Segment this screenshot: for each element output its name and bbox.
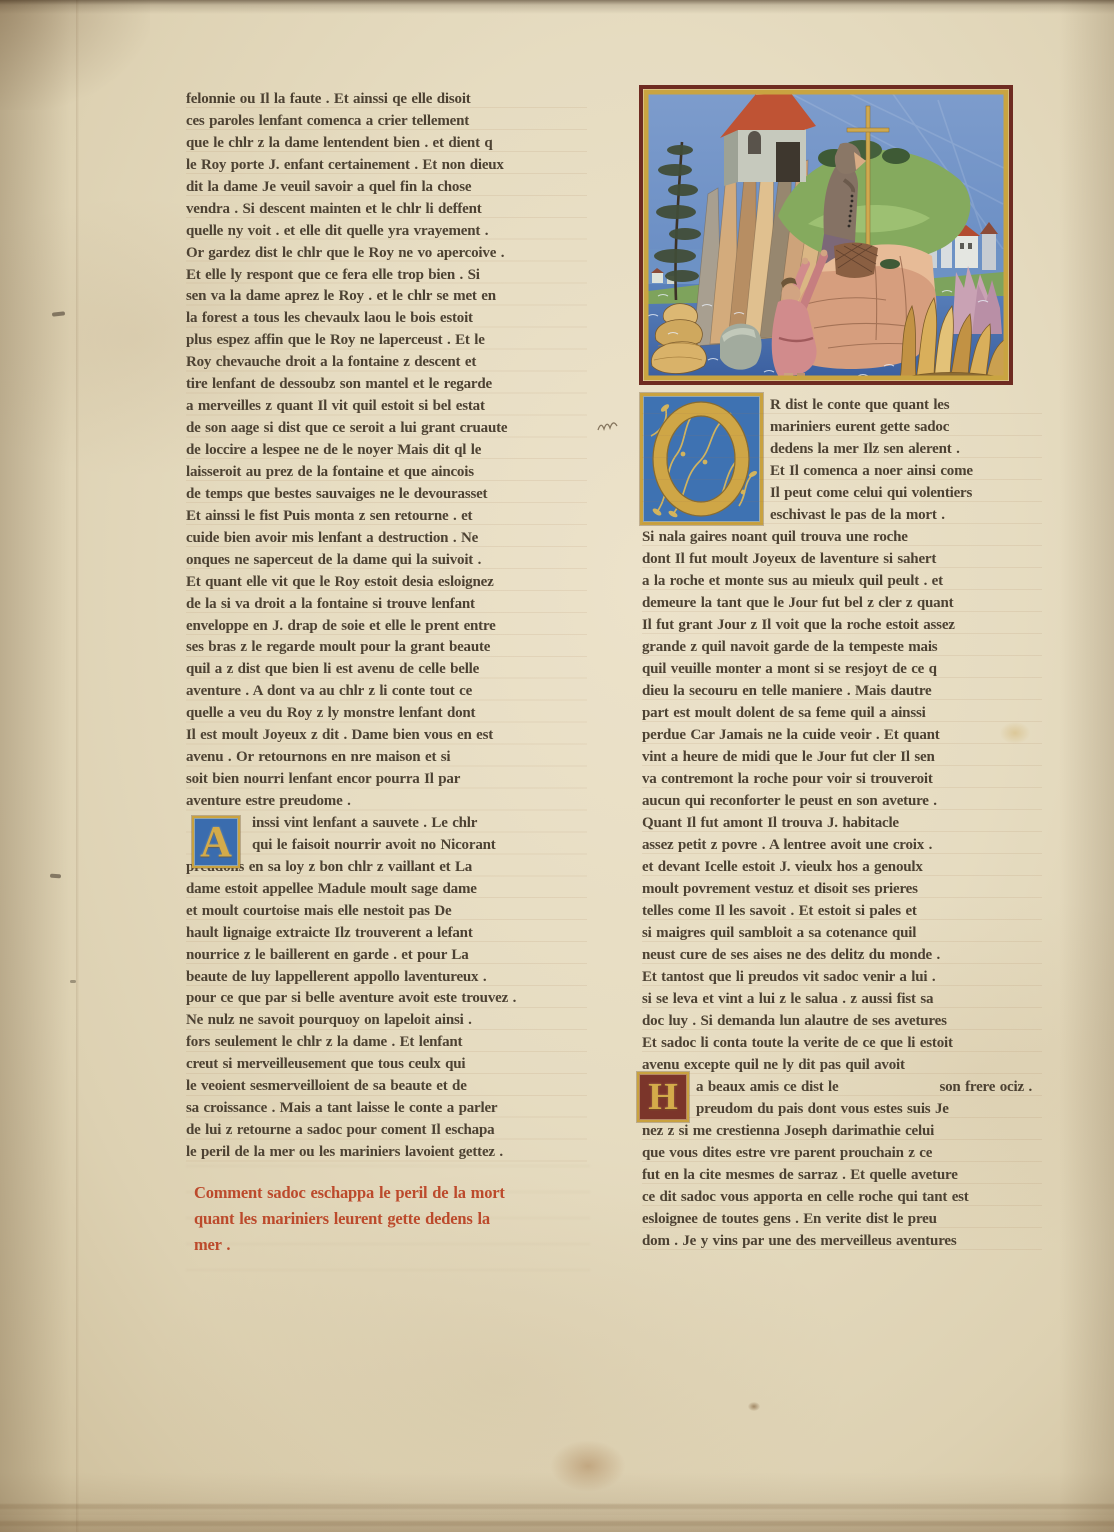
manuscript-text-line: R dist le conte que quant les (642, 397, 1042, 419)
manuscript-text-line: Ne nulz ne savoit pourquoy on lapeloit a… (186, 1012, 587, 1034)
manuscript-text-line: pour ce que par si belle aventure avoit … (186, 990, 587, 1012)
edge-mark (50, 874, 61, 879)
manuscript-text-line: a la roche et monte sus au mieulx quil p… (642, 573, 1042, 595)
margin-pen-squiggle-icon (596, 418, 620, 434)
manuscript-text-line: enveloppe en J. drap de soie et elle le … (186, 618, 587, 640)
manuscript-text-line: va contremont la roche pour voir si trou… (642, 771, 1042, 793)
manuscript-text-line: dame estoit appellee Madule moult sage d… (186, 881, 587, 903)
manuscript-text-line: dont Il fut moult Joyeux de laventure si… (642, 551, 1042, 573)
manuscript-text-line: de son aage si dist que ce seroit a lui … (186, 420, 587, 442)
manuscript-text-line: le peril de la mer ou les mariniers lavo… (186, 1144, 587, 1166)
manuscript-text-line: creut si merveilleusement que tous ceulx… (186, 1056, 587, 1078)
stain (550, 1440, 626, 1492)
manuscript-text-line: qui le faisoit nourrir avoit no Nicorant (186, 837, 587, 859)
rubric-line: Comment sadoc eschappa le peril de la mo… (194, 1183, 595, 1209)
manuscript-text-line: onques ne saperceut de la dame qui la su… (186, 552, 587, 574)
manuscript-text-line: perdue Car Jamais ne la cuide veoir . Et… (642, 727, 1042, 749)
manuscript-text-line: quelle a veu du Roy z ly monstre lenfant… (186, 705, 587, 727)
manuscript-text-line: quelle ny voit . et elle dit quelle yra … (186, 223, 587, 245)
manuscript-text-line: part est moult dolent de sa feme quil a … (642, 705, 1042, 727)
manuscript-text-line: aventure estre preudome . (186, 793, 587, 815)
manuscript-text-line: aventure . A dont va au chlr z li conte … (186, 683, 587, 705)
manuscript-text-line: et moult courtoise mais elle nestoit pas… (186, 903, 587, 925)
left-text-column: felonnie ou Il la faute . Et ainssi qe e… (186, 91, 587, 1166)
manuscript-text-line: hault lignaige extraicte Ilz trouverent … (186, 925, 587, 947)
manuscript-text-line: preudom du pais dont vous estes suis Je (642, 1101, 1042, 1123)
manuscript-text-line: vendra . Si descent mainten et le chlr l… (186, 201, 587, 223)
manuscript-text-line: doc luy . Si demanda lun alautre de ses … (642, 1013, 1042, 1035)
manuscript-text-line: vint a heure de midi que le Jour fut cle… (642, 749, 1042, 771)
manuscript-text-line: dit la dame Je veuil savoir a quel fin l… (186, 179, 587, 201)
grey-boulder (720, 324, 762, 370)
manuscript-text-line: sen va la dame aprez le Roy . et le chlr… (186, 288, 587, 310)
manuscript-text-line: Roy chevauche droit a la fontaine z desc… (186, 354, 587, 376)
manuscript-text-line: Il est moult Joyeux z dit . Dame bien vo… (186, 727, 587, 749)
manuscript-text-line: Il fut grant Jour z Il voit que la roche… (642, 617, 1042, 639)
manuscript-text-line: le Roy porte J. enfant certainement . Et… (186, 157, 587, 179)
manuscript-text-line: ce dit sadoc vous apporta en celle roche… (642, 1189, 1042, 1211)
manuscript-text-line: Si nala gaires noant quil trouva une roc… (642, 529, 1042, 551)
manuscript-text-line: si se leva et vint a lui z le salua . z … (642, 991, 1042, 1013)
rubric-line: quant les mariniers leurent gette dedens… (194, 1209, 595, 1235)
manuscript-text-line: si maigres quil sambloit a sa cotenance … (642, 925, 1042, 947)
manuscript-text-line: felonnie ou Il la faute . Et ainssi qe e… (186, 91, 587, 113)
miniature-painting (638, 84, 1014, 386)
manuscript-text-line: esloignee de toutes gens . En verite dis… (642, 1211, 1042, 1233)
edge-mark (52, 311, 65, 316)
manuscript-text-line: soit bien nourri lenfant encor pourra Il… (186, 771, 587, 793)
manuscript-text-line: Or gardez dist le chlr que le Roy ne vo … (186, 245, 587, 267)
bottom-page-curvature (0, 1498, 1114, 1532)
manuscript-text-line: mariniers eurent gette sadoc (642, 419, 1042, 441)
manuscript-text-line: fors seulement le chlr z la dame . Et le… (186, 1034, 587, 1056)
manuscript-text-line: tire lenfant de dessoubz son mantel et l… (186, 376, 587, 398)
manuscript-text-line: Et tantost que li preudos vit sadoc veni… (642, 969, 1042, 991)
manuscript-text-line: Quant Il fut amont Il trouva J. habitacl… (642, 815, 1042, 837)
manuscript-text-line: que vous dites estre vre parent prouchai… (642, 1145, 1042, 1167)
right-text-column: R dist le conte que quant lesmariniers e… (642, 397, 1042, 1255)
manuscript-text-line: a beaux amis ce dist leson frere ociz . (642, 1079, 1042, 1101)
manuscript-text-line: que le chlr z la dame lentendent bien . … (186, 135, 587, 157)
manuscript-text-line: dom . Je y vins par une des merveilleus … (642, 1233, 1042, 1255)
manuscript-text-line: telles come Il les savoit . Et estoit si… (642, 903, 1042, 925)
manuscript-text-line: grande z quil navoit garde de la tempest… (642, 639, 1042, 661)
manuscript-text-line: dedens la mer Ilz sen alerent . (642, 441, 1042, 463)
manuscript-text-line: quil a z dist que bien li est avenu de c… (186, 661, 587, 683)
manuscript-text-line: ses bras z le regarde moult pour la gran… (186, 639, 587, 661)
manuscript-text-line: demeure la tant que le Jour fut bel z cl… (642, 595, 1042, 617)
manuscript-text-line: Et elle ly respont que ce fera elle trop… (186, 267, 587, 289)
manuscript-text-line: Et ainssi le fist Puis monta z sen retou… (186, 508, 587, 530)
manuscript-text-line: ces paroles lenfant comenca a crier tell… (186, 113, 587, 135)
stain (748, 1402, 760, 1411)
edge-mark (70, 980, 76, 983)
manuscript-text-line: laisseroit au prez de la fontaine et que… (186, 464, 587, 486)
fold-crease (76, 0, 79, 1532)
manuscript-text-line: de lui z retourne a sadoc pour coment Il… (186, 1122, 587, 1144)
manuscript-text-line: sa croissance . Mais a tant laisse le co… (186, 1100, 587, 1122)
manuscript-text-line: preudons en sa loy z bon chlr z vaillant… (186, 859, 587, 881)
initial-letter-glyph: A (200, 820, 232, 864)
manuscript-page: felonnie ou Il la faute . Et ainssi qe e… (0, 0, 1114, 1532)
manuscript-text-line: le veoient sesmerveilloient de sa beaute… (186, 1078, 587, 1100)
manuscript-text-line: de temps que bestes sauvaiges ne le devo… (186, 486, 587, 508)
manuscript-text-line: plus espez affin que le Roy ne laperceus… (186, 332, 587, 354)
rubric-chapter-heading: Comment sadoc eschappa le peril de la mo… (194, 1183, 595, 1261)
manuscript-text-line: moult povrement vestuz et disoit ses pri… (642, 881, 1042, 903)
manuscript-text-line: beaute de luy lappellerent appollo laven… (186, 969, 587, 991)
manuscript-text-line: avenu excepte quil ne ly dit pas quil av… (642, 1057, 1042, 1079)
manuscript-text-line: neust cure de ses aises ne des delitz du… (642, 947, 1042, 969)
manuscript-text-line: Et sadoc li conta toute la verite de ce … (642, 1035, 1042, 1057)
manuscript-text-line: nez z si me crestienna Joseph darimathie… (642, 1123, 1042, 1145)
manuscript-text-line: aucun qui reconforter le peust en son av… (642, 793, 1042, 815)
illuminated-initial-h: H (637, 1072, 689, 1122)
manuscript-text-line: eschivast le pas de la mort . (642, 507, 1042, 529)
corner-stain (0, 0, 150, 110)
manuscript-text-line: de loccire a lespee ne de le noyer Mais … (186, 442, 587, 464)
green-tuft (880, 259, 900, 269)
manuscript-text-line: a merveilles z quant Il vit quil estoit … (186, 398, 587, 420)
manuscript-text-line: la forest a tous les chevaulx laou le bo… (186, 310, 587, 332)
manuscript-text-line: fut en la cite mesmes de sarraz . Et que… (642, 1167, 1042, 1189)
manuscript-text-line: Et Il comenca a noer ainsi come (642, 463, 1042, 485)
rubric-line: mer . (194, 1235, 595, 1261)
manuscript-text-line: Et quant elle vit que le Roy estoit desi… (186, 574, 587, 596)
initial-letter-glyph: H (648, 1078, 678, 1116)
net-patch (834, 242, 878, 278)
manuscript-text-line: avenu . Or retournons en nre maison et s… (186, 749, 587, 771)
illuminated-initial-a: A (192, 816, 240, 868)
manuscript-text-line: nourrice z le baillerent en garde . et p… (186, 947, 587, 969)
manuscript-text-line: cuide bien avoir mis lenfant a destructi… (186, 530, 587, 552)
manuscript-text-line: quil veuille monter a mont si se resjoyt… (642, 661, 1042, 683)
manuscript-text-line: inssi vint lenfant a sauvete . Le chlr (186, 815, 587, 837)
manuscript-text-line: assez petit z povre . A lentree avoit un… (642, 837, 1042, 859)
manuscript-text-line: de la si va droit a la fontaine si trouv… (186, 596, 587, 618)
manuscript-text-line: et devant Icelle estoit J. vieulx hos a … (642, 859, 1042, 881)
manuscript-text-line: dieu la secouru en telle maniere . Mais … (642, 683, 1042, 705)
manuscript-text-line: Il peut come celui qui volentiers (642, 485, 1042, 507)
